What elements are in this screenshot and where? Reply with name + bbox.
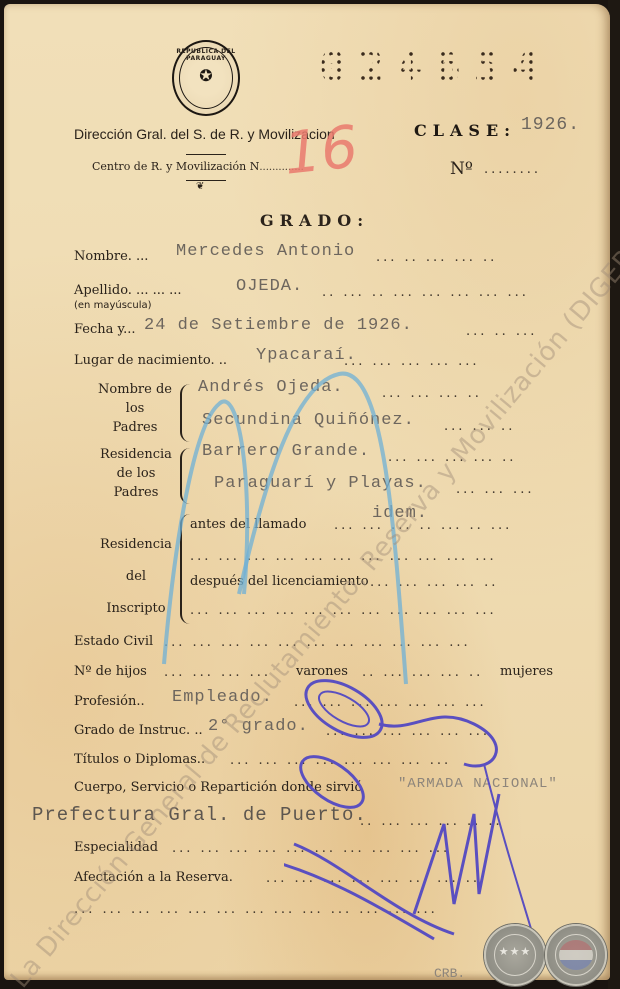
dotted-fill: ... ... ... ... ..	[370, 575, 498, 590]
dotted-fill: ... .. ... ... ..	[376, 250, 497, 265]
dotted-fill: ... ... ... ..	[382, 386, 482, 401]
apellido-label: Apellido. ... ... ...	[74, 283, 182, 298]
nombre-value: Mercedes Antonio	[176, 242, 355, 261]
paraguay-flag-seal-icon	[545, 924, 607, 986]
antes-label: antes del llamado	[190, 517, 306, 532]
star-icon: ✪	[174, 66, 238, 85]
father-name: Andrés Ojeda.	[198, 378, 344, 397]
cuerpo-typed-value: Prefectura Gral. de Puerto.	[32, 804, 367, 826]
dotted-fill: ... ... ... ... ... ... ... ...	[266, 871, 487, 886]
brace	[180, 514, 190, 624]
brace	[180, 384, 190, 442]
padres-nombre-label: Nombre de los Padres	[90, 380, 180, 437]
lugar-value: Ypacaraí.	[256, 346, 357, 365]
grado-label: GRADO:	[260, 211, 369, 230]
dotted-fill: ... ... ... ... ...	[344, 354, 480, 369]
cuerpo-label: Cuerpo, Servicio o Repartición donde sir…	[74, 780, 362, 795]
flag-icon	[559, 940, 593, 970]
dotted-fill: ... ... ...	[456, 482, 534, 497]
hijos-label: Nº de hijos	[74, 664, 147, 679]
mother-name: Secundina Quiñónez.	[202, 411, 415, 430]
padres-residencia-line2: Paraguarí y Playas.	[214, 474, 427, 493]
lugar-label: Lugar de nacimiento. ..	[74, 353, 227, 368]
cuerpo-stamp-value: "ARMADA NACIONAL"	[398, 776, 558, 792]
initials: CRB.	[434, 966, 465, 981]
brace	[180, 448, 190, 504]
dotted-fill: ... ... ... ... ... ... ... ...	[230, 753, 451, 768]
perforated-serial-number: 024654	[319, 42, 550, 93]
dotted-fill: ... ... ... ... ... ...	[326, 724, 490, 739]
dotted-fill: ... ... ... ... ... ... ... ... ... ... …	[74, 902, 438, 917]
nombre-label: Nombre. ...	[74, 249, 148, 264]
mujeres-label: mujeres	[500, 664, 553, 679]
divider	[186, 180, 226, 181]
dotted-fill: .. ... .. ... ... ... ... ...	[322, 285, 529, 300]
grado-instruc-label: Grado de Instruc. ..	[74, 723, 203, 738]
ornament-icon: ❦	[196, 181, 204, 192]
apellido-sublabel: (en mayúscula)	[74, 300, 152, 311]
inscripto-residencia-label: Residencia del Inscripto	[88, 529, 184, 625]
profesion-label: Profesión..	[74, 694, 145, 709]
dotted-fill: .. ... ... ... .. ..	[360, 814, 503, 829]
dotted-fill: ... ... ... ... ... ... ... ... ... ... …	[190, 549, 497, 564]
three-stars-seal-icon: ★★★	[484, 924, 546, 986]
fecha-label: Fecha y...	[74, 322, 136, 337]
centro-label: Centro de R. y Movilización N...........…	[92, 160, 304, 173]
estado-civil-label: Estado Civil	[74, 634, 153, 649]
divider	[186, 154, 226, 155]
dotted-fill: ... ... ... ... ... ... ... ... ... ...	[172, 841, 450, 856]
handwritten-centro-number: 16	[281, 112, 362, 187]
dotted-fill: ... .. ...	[466, 324, 537, 339]
no-value: ........	[484, 162, 541, 177]
stars-icon: ★★★	[486, 945, 544, 958]
padres-residencia-line1: Barrero Grande.	[202, 442, 370, 461]
apellido-value: OJEDA.	[236, 277, 303, 296]
clase-label: CLASE:	[414, 121, 516, 140]
padres-residencia-label: Residencia de los Padres	[88, 445, 184, 502]
seal-text: REPUBLICA DEL PARAGUAY	[174, 48, 238, 62]
varones-label: varones	[296, 664, 348, 679]
fecha-value: 24 de Setiembre de 1926.	[144, 316, 413, 335]
coat-of-arms-seal-icon: REPUBLICA DEL PARAGUAY ✪	[172, 40, 240, 116]
clase-value: 1926.	[521, 115, 580, 135]
dotted-fill: .. ... ... ... ..	[362, 665, 483, 680]
military-registration-card: REPUBLICA DEL PARAGUAY ✪ 024654 Direcció…	[4, 4, 610, 980]
no-label: Nº	[450, 159, 473, 179]
dotted-fill: ... ... ... ... ... ... ...	[294, 695, 487, 710]
